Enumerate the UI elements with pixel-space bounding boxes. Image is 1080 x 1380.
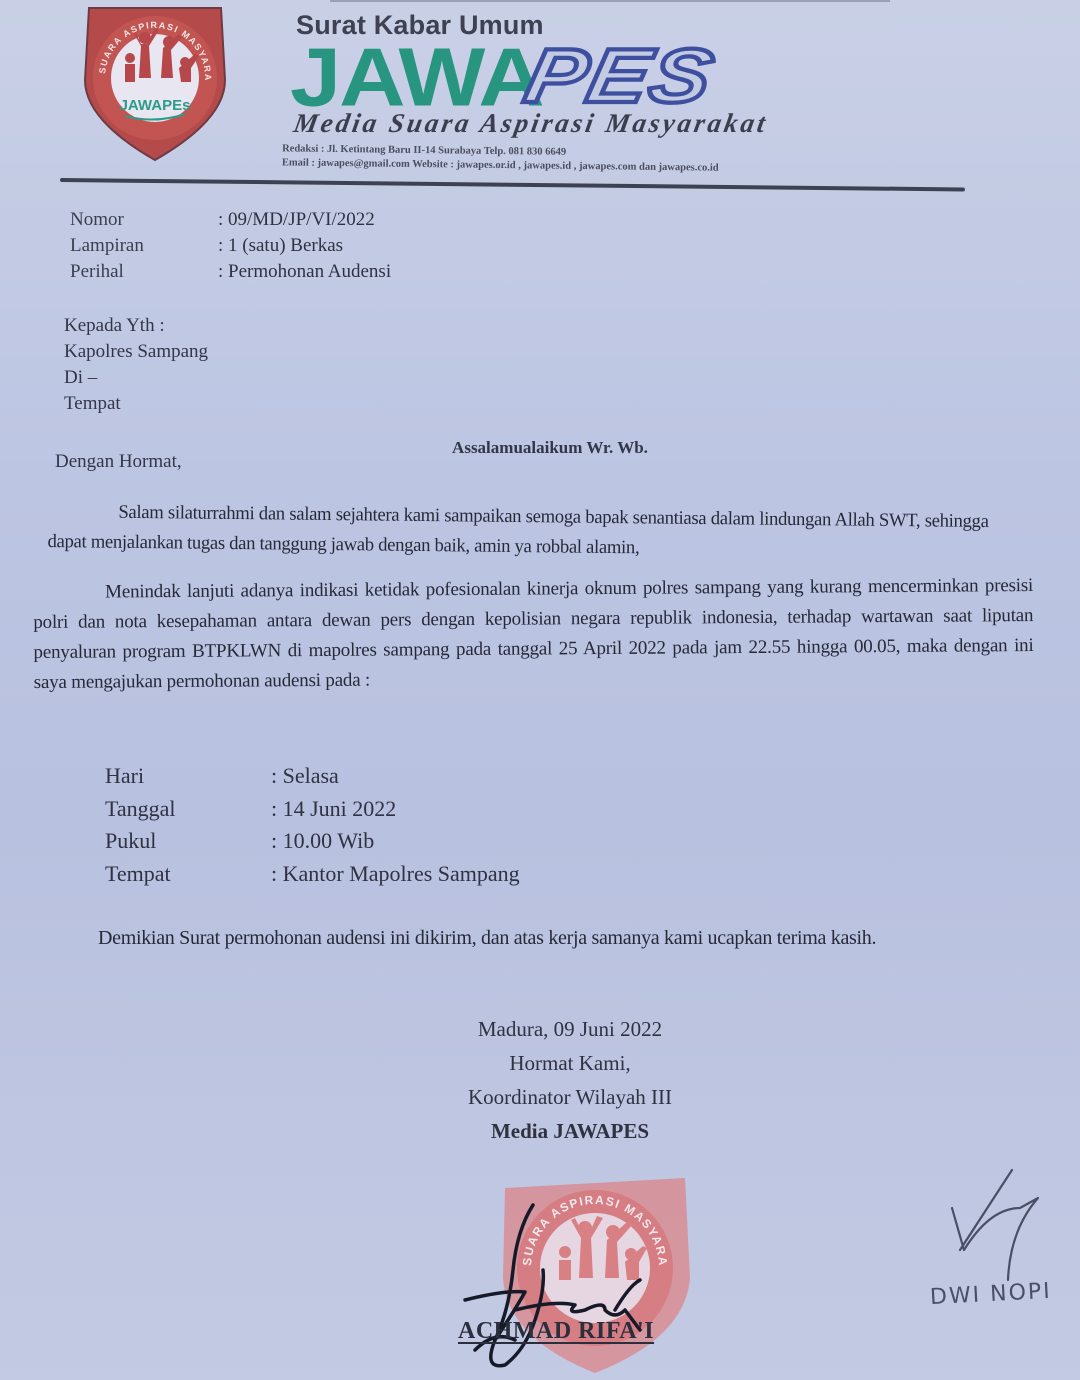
letterhead-contact: Redaksi : Jl. Ketintang Baru II-14 Surab…: [282, 142, 719, 175]
signature-scribble-icon: [455, 1190, 665, 1380]
signer-organization: Media JAWAPES: [400, 1114, 740, 1148]
paragraph-greeting: Salam silaturrahmi dan salam sejahtera k…: [47, 497, 988, 567]
paragraph-text: Salam silaturrahmi dan salam sejahtera k…: [47, 502, 988, 559]
schedule-value: : 14 Juni 2022: [271, 793, 396, 826]
meta-label: Perihal: [70, 259, 218, 285]
schedule-row-tempat: Tempat : Kantor Mapolres Sampang: [105, 858, 520, 891]
jawapes-logo-icon: JAWAPEs SUARA ASPIRASI MASYARAKAT: [75, 0, 235, 165]
addressee-line: Kepada Yth :: [64, 313, 208, 339]
second-signature-icon: [920, 1160, 1060, 1290]
meta-row-nomor: Nomor : 09/MD/JP/VI/2022: [70, 207, 391, 233]
meta-row-lampiran: Lampiran : 1 (satu) Berkas: [70, 233, 391, 259]
paragraph-text: Menindak lanjuti adanya indikasi ketidak…: [33, 575, 1033, 693]
regards: Hormat Kami,: [400, 1046, 740, 1080]
meta-value: : Permohonan Audensi: [218, 259, 391, 285]
place-date: Madura, 09 Juni 2022: [400, 1012, 740, 1046]
signer-position: Koordinator Wilayah III: [400, 1080, 740, 1114]
paragraph-request: Menindak lanjuti adanya indikasi ketidak…: [33, 571, 1034, 698]
addressee-line: Tempat: [64, 391, 208, 417]
schedule-label: Hari: [105, 760, 271, 793]
closing-text: Demikian Surat permohonan audensi ini di…: [98, 927, 876, 949]
schedule-row-pukul: Pukul : 10.00 Wib: [105, 825, 520, 858]
schedule-label: Tanggal: [105, 793, 271, 826]
opening-greeting: Dengan Hormat,: [55, 451, 182, 473]
meta-label: Nomor: [70, 207, 218, 233]
svg-text:JAWAPEs: JAWAPEs: [120, 97, 191, 114]
second-signer-name: DWI NOPI: [929, 1279, 1052, 1310]
schedule-value: : 10.00 Wib: [271, 825, 374, 858]
schedule-row-hari: Hari : Selasa: [105, 760, 520, 793]
schedule-value: : Kantor Mapolres Sampang: [271, 858, 520, 891]
brand-jawa: JAWA: [290, 36, 543, 119]
signature-block: Madura, 09 Juni 2022 Hormat Kami, Koordi…: [400, 1012, 740, 1148]
addressee-line: Kapolres Sampang: [64, 339, 208, 365]
meta-value: : 1 (satu) Berkas: [218, 233, 343, 259]
letter-page: JAWAPEs SUARA ASPIRASI MASYARAKAT Surat …: [0, 0, 1080, 1380]
top-edge-line: [330, 0, 890, 2]
meta-value: : 09/MD/JP/VI/2022: [218, 207, 375, 233]
schedule-row-tanggal: Tanggal : 14 Juni 2022: [105, 793, 520, 826]
meta-row-perihal: Perihal : Permohonan Audensi: [70, 259, 391, 285]
closing-paragraph: Demikian Surat permohonan audensi ini di…: [8, 923, 1063, 954]
signer-name: ACHMAD RIFA'I: [458, 1318, 654, 1345]
letter-meta: Nomor : 09/MD/JP/VI/2022 Lampiran : 1 (s…: [70, 207, 391, 285]
brand-pes: PES: [518, 38, 720, 115]
audience-schedule: Hari : Selasa Tanggal : 14 Juni 2022 Puk…: [105, 760, 520, 890]
schedule-value: : Selasa: [271, 760, 339, 793]
letterhead-brand: JAWAPES: [290, 36, 721, 116]
schedule-label: Pukul: [105, 825, 271, 858]
letterhead-tagline: Media Suara Aspirasi Masyarakat: [291, 108, 770, 139]
addressee-line: Di –: [64, 365, 208, 391]
schedule-label: Tempat: [105, 858, 271, 891]
meta-label: Lampiran: [70, 233, 218, 259]
letterhead-divider: [60, 178, 965, 191]
addressee-block: Kepada Yth : Kapolres Sampang Di – Tempa…: [64, 313, 208, 417]
